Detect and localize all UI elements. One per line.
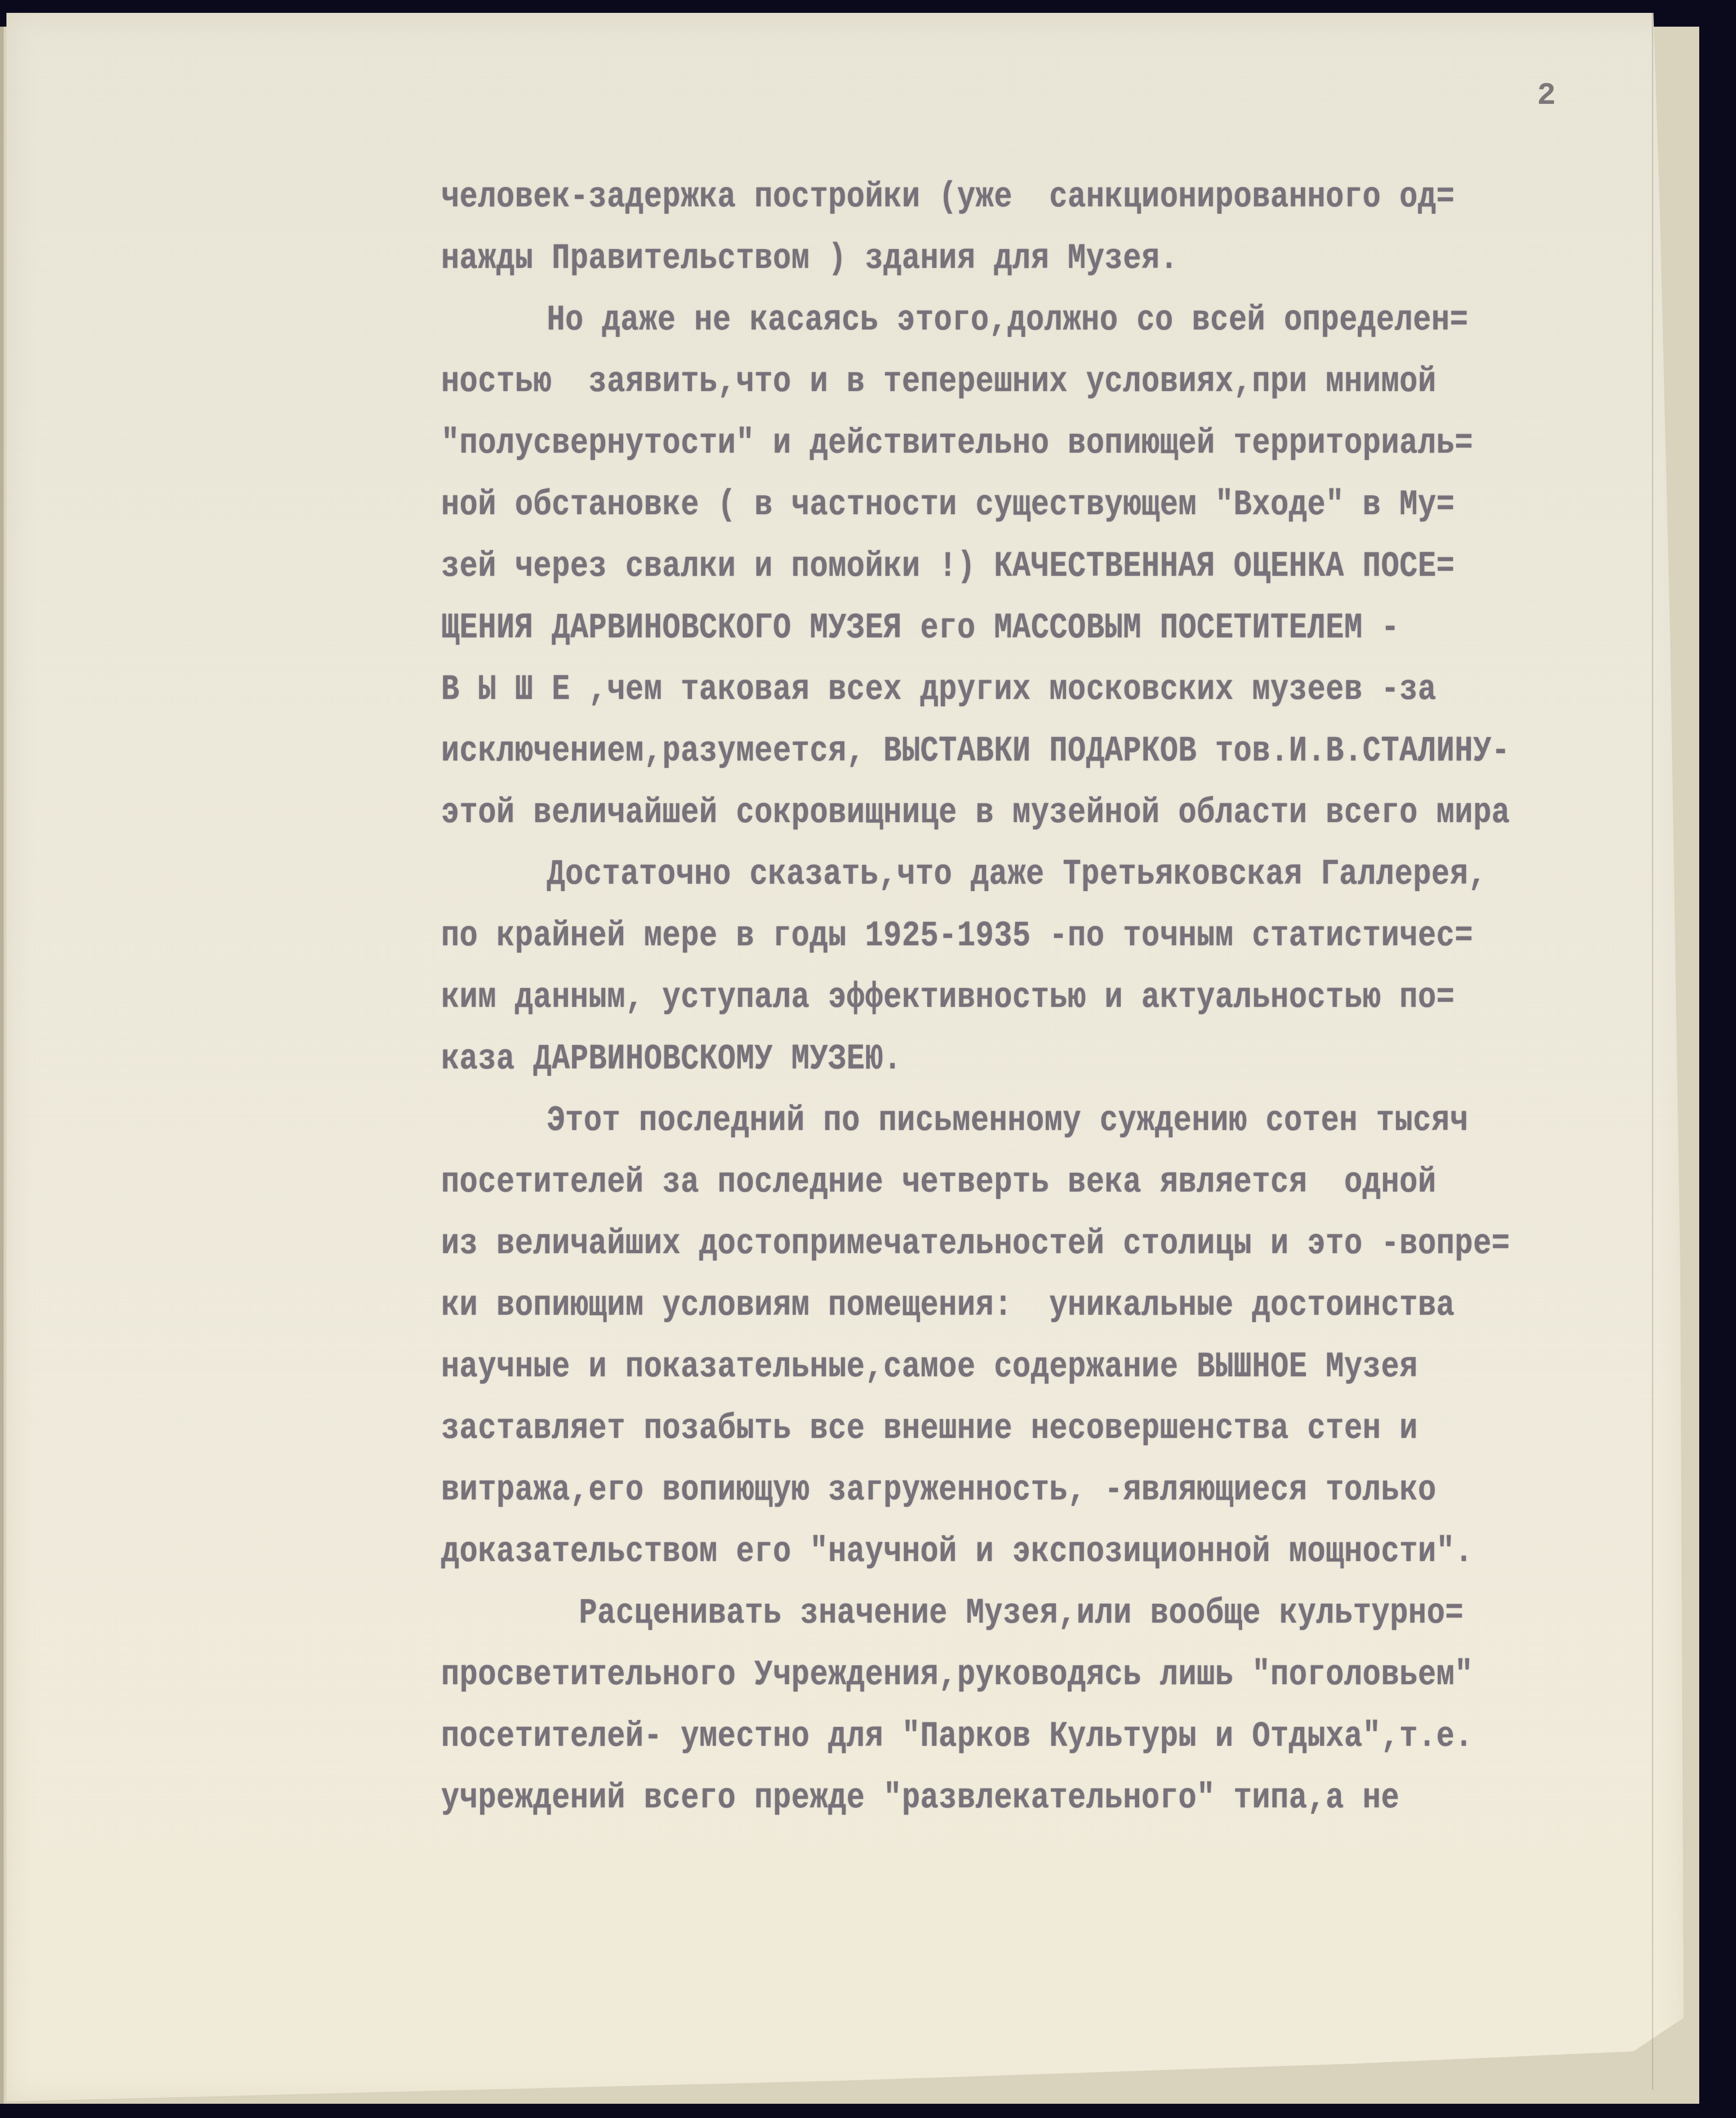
page-fold-edge <box>1652 13 1653 2090</box>
text-line: учреждений всего прежде "развлекательног… <box>441 1778 1617 1851</box>
document-body: человек-задержка постройки (уже санкцион… <box>441 177 1617 1840</box>
page-number: 2 <box>1537 78 1556 114</box>
